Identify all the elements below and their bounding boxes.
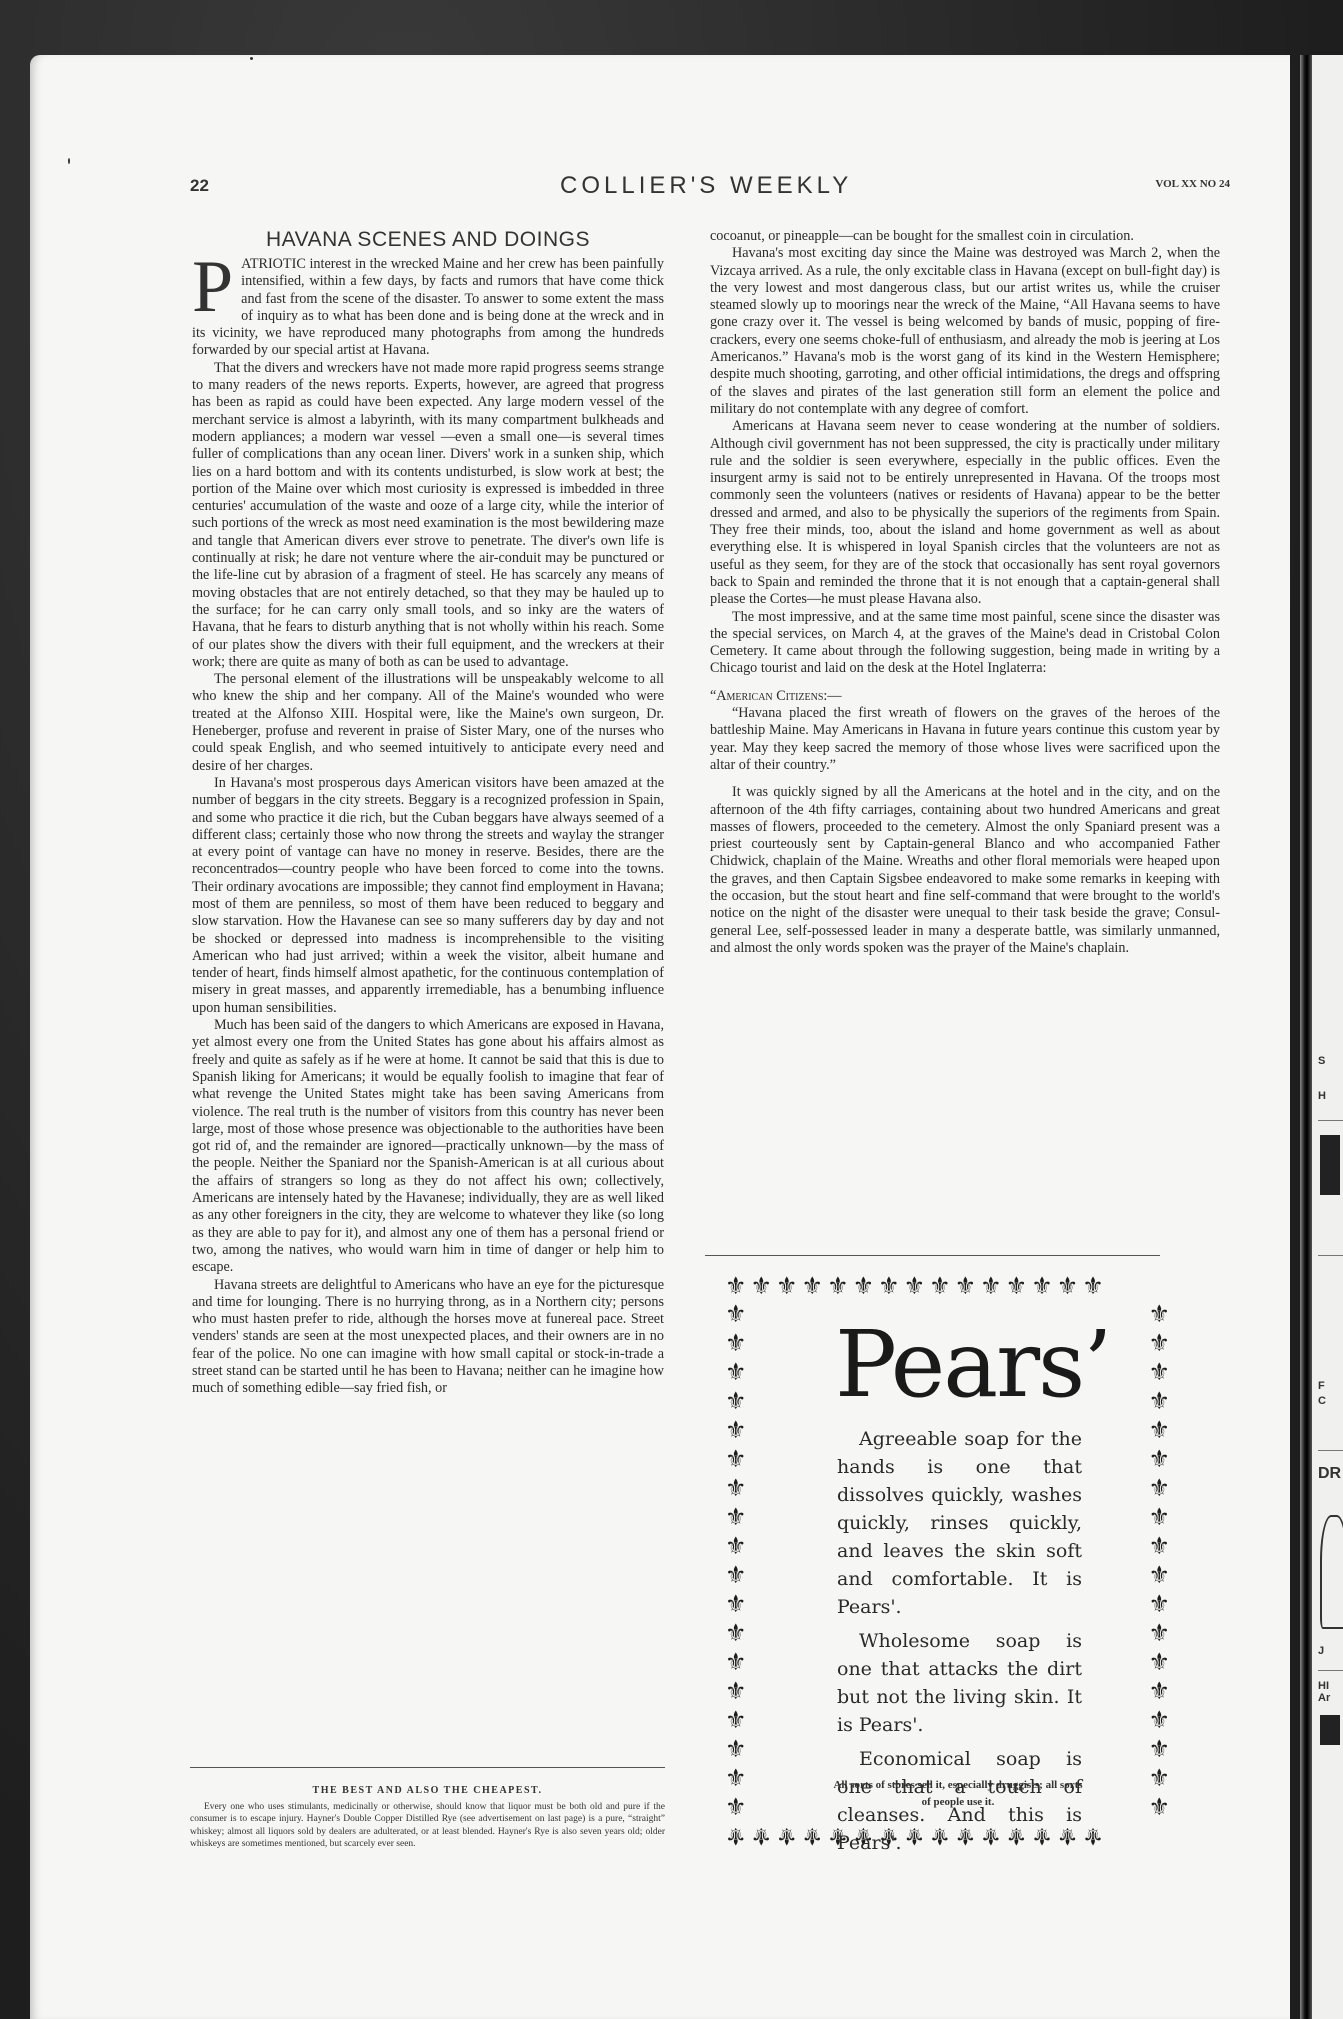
page-header: 22 COLLIER'S WEEKLY VOL XX NO 24 <box>190 172 1230 202</box>
adjacent-fragment: J <box>1318 1645 1324 1657</box>
article-paragraph: The most impressive, and at the same tim… <box>710 609 1220 678</box>
volume-issue: VOL XX NO 24 <box>1155 178 1230 190</box>
fleur-de-lis-icon: ⚜ ⚜ ⚜ ⚜ ⚜ ⚜ ⚜ ⚜ ⚜ ⚜ ⚜ ⚜ ⚜ ⚜ ⚜ ⚜ ⚜ ⚜ <box>725 1301 751 1821</box>
ad-brand-name: Pears’ <box>835 1315 1111 1415</box>
adjacent-fragment: Ar <box>1318 1692 1330 1704</box>
page-gutter <box>1300 55 1312 2019</box>
article-paragraph: Much has been said of the dangers to whi… <box>192 1017 664 1276</box>
adjacent-fragment: DR <box>1318 1465 1341 1483</box>
article-column-left: HAVANA SCENES AND DOINGS PATRIOTIC inter… <box>192 228 664 1398</box>
adjacent-image <box>1320 1135 1340 1195</box>
scan-speck <box>250 57 253 60</box>
article-paragraph: It was quickly signed by all the America… <box>710 784 1220 957</box>
notice-body: Every one who uses stimulants, medicinal… <box>190 1801 665 1851</box>
article-end-rule <box>705 1255 1160 1256</box>
adjacent-image <box>1320 1715 1340 1745</box>
fleur-de-lis-icon: ⚜ ⚜ ⚜ ⚜ ⚜ ⚜ ⚜ ⚜ ⚜ ⚜ ⚜ ⚜ ⚜ ⚜ ⚜ ⚜ ⚜ ⚜ <box>1144 1301 1170 1821</box>
adjacent-fragment: F <box>1318 1380 1325 1392</box>
ad-footer: All sorts of stores sell it, especially … <box>833 1777 1083 1811</box>
adjacent-illustration <box>1320 1515 1343 1629</box>
publication-title: COLLIER'S WEEKLY <box>560 172 852 200</box>
scan-speck <box>68 158 70 164</box>
whiskey-notice: THE BEST AND ALSO THE CHEAPEST. Every on… <box>190 1785 665 1851</box>
article-title: HAVANA SCENES AND DOINGS <box>192 228 664 252</box>
letter-body: “Havana placed the first wreath of flowe… <box>710 705 1220 774</box>
adjacent-rule <box>1318 1670 1343 1671</box>
pears-soap-advertisement: ⚜⚜⚜⚜⚜⚜⚜⚜⚜⚜⚜⚜⚜⚜⚜ ⚜ ⚜ ⚜ ⚜ ⚜ ⚜ ⚜ ⚜ ⚜ ⚜ ⚜ ⚜ … <box>725 1275 1170 1850</box>
notice-title: THE BEST AND ALSO THE CHEAPEST. <box>190 1785 665 1798</box>
adjacent-rule <box>1318 1450 1343 1451</box>
article-column-right: cocoanut, or pineapple—can be bought for… <box>710 228 1220 957</box>
adjacent-fragment: S <box>1318 1055 1325 1067</box>
adjacent-fragment: H <box>1318 1090 1326 1102</box>
article-paragraph: Havana streets are delightful to America… <box>192 1277 664 1398</box>
adjacent-page-edge: S H F C DR J HI Ar <box>1312 55 1343 2019</box>
article-paragraph: That the divers and wreckers have not ma… <box>192 360 664 671</box>
ad-paragraph: Agreeable soap for the hands is one that… <box>837 1425 1082 1621</box>
page-number: 22 <box>190 176 209 196</box>
fleur-de-lis-icon: ⚜⚜⚜⚜⚜⚜⚜⚜⚜⚜⚜⚜⚜⚜⚜ <box>725 1275 1170 1299</box>
adjacent-fragment: C <box>1318 1395 1326 1407</box>
adjacent-rule <box>1318 1120 1343 1121</box>
letter-salutation: “American Citizens:— <box>710 688 1220 705</box>
article-paragraph: PATRIOTIC interest in the wrecked Maine … <box>192 256 664 360</box>
article-paragraph: The personal element of the illustration… <box>192 671 664 775</box>
adjacent-rule <box>1318 1255 1343 1256</box>
article-paragraph: Americans at Havana seem never to cease … <box>710 418 1220 608</box>
adjacent-fragment: HI <box>1318 1680 1329 1692</box>
drop-cap: P <box>192 258 233 316</box>
article-paragraph: In Havana's most prosperous days America… <box>192 775 664 1017</box>
article-paragraph: cocoanut, or pineapple—can be bought for… <box>710 228 1220 245</box>
column-divider-rule <box>190 1767 665 1768</box>
ad-paragraph: Wholesome soap is one that attacks the d… <box>837 1627 1082 1739</box>
article-paragraph: Havana's most exciting day since the Mai… <box>710 245 1220 418</box>
